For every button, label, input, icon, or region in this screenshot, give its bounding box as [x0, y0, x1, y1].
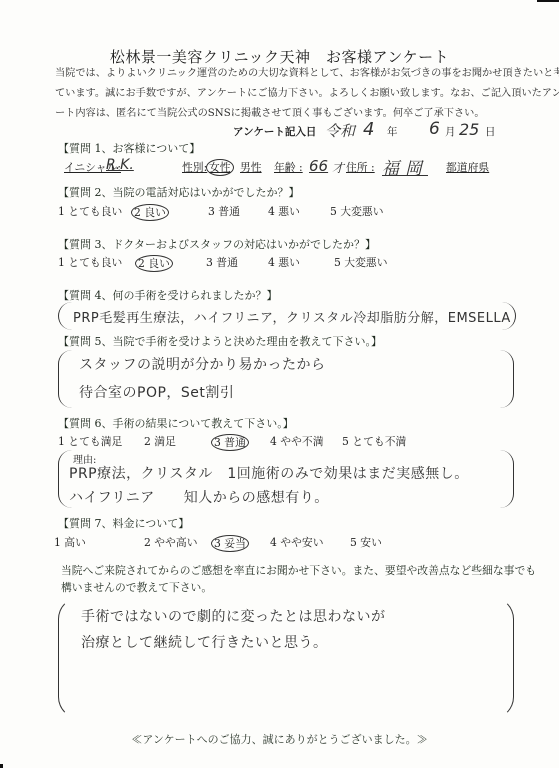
gender-label: 性別: [182, 160, 207, 175]
q6-option-1[interactable]: 1 とても満足 [58, 434, 122, 449]
q3-option-5[interactable]: 5 大変悪い [334, 255, 388, 270]
q5-answer-box[interactable]: スタッフの説明が分かり易かったから 待合室のPOP，Set割引 [58, 350, 514, 408]
comments-prompt-line-2: 構いませんので教えて下さい。 [61, 580, 212, 595]
date-label: アンケート記入日 [233, 124, 316, 139]
q3-option-4[interactable]: 4 悪い [268, 255, 300, 270]
q2-options: 1 とても良い 2 良い 3 普通 4 悪い 5 大変悪い [58, 204, 498, 220]
address-field[interactable]: 福岡 [382, 154, 428, 179]
date-day[interactable]: 25 [459, 120, 479, 139]
q6-options: 1 とても満足 2 満足 3 普通 4 やや不満 5 とても不満 [58, 434, 498, 450]
q2-option-2-selected[interactable]: 2 良い [131, 204, 169, 221]
survey-date: アンケート記入日 令和 4 年 6 月 25 日 [233, 120, 553, 142]
comments-answer-box[interactable]: 手術ではないので劇的に変ったとは思わないが 治療として継続して行きたいと思う。 [58, 597, 514, 719]
date-year[interactable]: 4 [363, 119, 374, 140]
date-year-label: 年 [387, 124, 398, 139]
q4-answer: PRP毛髪再生療法，ハイフリニア，クリスタル冷却脂肪分解，EMSELLA [73, 307, 511, 326]
q6-reason-box[interactable]: 理由: PRP療法，クリスタル 1回施術のみで効果はまだ実感無し。 ハイフリニア… [58, 450, 514, 508]
q6-option-2[interactable]: 2 満足 [144, 434, 176, 449]
q6-reason-line-1: PRP療法，クリスタル 1回施術のみで効果はまだ実感無し。 [69, 463, 469, 483]
q1-heading: 【質問 1、お客様について】 [58, 140, 200, 156]
date-month-label: 月 [445, 124, 456, 139]
initial-field[interactable]: R.K. [106, 157, 164, 173]
q3-option-1[interactable]: 1 とても良い [58, 255, 122, 270]
q7-option-5[interactable]: 5 安い [350, 535, 382, 550]
q6-heading: 【質問 6、手術の結果について教えて下さい。】 [58, 415, 294, 431]
q3-heading: 【質問 3、ドクターおよびスタッフの対応はいかがでしたか？】 [58, 236, 376, 252]
q5-heading: 【質問 5、当院で手術を受けようと決めた理由を教えて下さい。】 [58, 333, 382, 349]
q6-option-5[interactable]: 5 とても不満 [342, 434, 406, 449]
age-label: 年齢 : [274, 160, 303, 175]
address-label: 住所 : [346, 160, 375, 175]
scan-edge-mark [537, 0, 559, 2]
q6-reason-line-2: ハイフリニア 知人からの感想有り。 [69, 487, 329, 507]
q7-options: 1 高い 2 やや高い 3 妥当 4 やや安い 5 安い [54, 535, 494, 551]
q7-option-2[interactable]: 2 やや高い [144, 535, 198, 550]
q4-heading: 【質問 4、何の手術を受けられましたか？】 [58, 287, 278, 303]
thanks-message: ≪アンケートへのご協力、誠にありがとうございました。≫ [0, 731, 559, 747]
q2-option-4[interactable]: 4 悪い [268, 204, 300, 219]
q7-option-4[interactable]: 4 やや安い [270, 535, 324, 550]
q7-option-3-selected[interactable]: 3 妥当 [211, 535, 249, 552]
q5-answer-line-1: スタッフの説明が分かり易かったから [79, 354, 326, 374]
q1-customer-info: イニシャル: R.K. 性別: 女性 男性 年齢 : 66 才 住所 : 福岡 … [64, 158, 504, 176]
date-day-label: 日 [485, 124, 496, 139]
q6-option-4[interactable]: 4 やや不満 [270, 434, 324, 449]
age-unit: 才 [332, 159, 344, 176]
age-field[interactable]: 66 [309, 157, 328, 175]
address-suffix: 都道府県 [446, 160, 489, 175]
scan-edge-mark [0, 764, 3, 768]
q6-option-3-selected[interactable]: 3 普通 [211, 434, 249, 451]
q3-options: 1 とても良い 2 良い 3 普通 4 悪い 5 大変悪い [58, 255, 498, 271]
gender-option-female[interactable]: 女性 [206, 159, 234, 176]
q4-answer-box[interactable]: PRP毛髪再生療法，ハイフリニア，クリスタル冷却脂肪分解，EMSELLA [58, 302, 516, 330]
comments-prompt-line-1: 当院へご来院されてからのご感想を率直にお聞かせ下さい。また、要望や改善点など些細… [61, 563, 536, 578]
q2-option-1[interactable]: 1 とても良い [58, 204, 122, 219]
q2-heading: 【質問 2、当院の電話対応はいかがでしたか？】 [58, 184, 300, 200]
intro-line-1: 当院では、よりよいクリニック運営のための大切な資料として、お客様がお気づきの事を… [55, 64, 559, 84]
q2-option-5[interactable]: 5 大変悪い [330, 204, 384, 219]
q7-heading: 【質問 7、料金について】 [58, 515, 189, 531]
intro-line-2: ています。誠にお手数ですが、アンケートにご協力下さい。よろしくお願い致します。な… [55, 84, 559, 104]
q2-option-3[interactable]: 3 普通 [208, 204, 240, 219]
date-era[interactable]: 令和 [325, 120, 355, 141]
comments-answer-line-1: 手術ではないので劇的に変ったとは思わないが [81, 606, 386, 626]
q3-option-3[interactable]: 3 普通 [206, 255, 238, 270]
q3-option-2-selected[interactable]: 2 良い [135, 255, 173, 272]
comments-answer-line-2: 治療として継続して行きたいと思う。 [81, 632, 328, 652]
q5-answer-line-2: 待合室のPOP，Set割引 [79, 382, 234, 402]
gender-option-male[interactable]: 男性 [240, 160, 262, 175]
date-month[interactable]: 6 [429, 119, 440, 139]
q7-option-1[interactable]: 1 高い [54, 535, 86, 550]
